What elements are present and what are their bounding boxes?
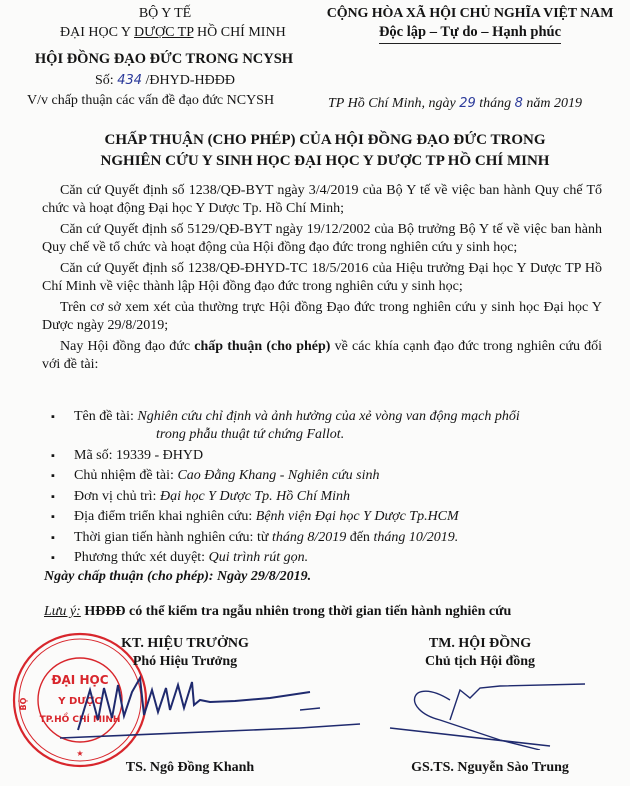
duration-label: Thời gian tiến hành nghiên cứu: từ	[74, 530, 272, 545]
basis-paragraph: Căn cứ Quyết định số 5129/QĐ-BYT ngày 19…	[42, 221, 602, 257]
signer-role: Phó Hiệu Trưởng	[70, 653, 300, 671]
approval-date: Ngày chấp thuận (cho phép): Ngày 29/8/20…	[44, 569, 311, 585]
place-date: TP Hồ Chí Minh, ngày 29 tháng 8 năm 2019	[328, 96, 582, 112]
note: Lưu ý: HĐĐĐ có thể kiểm tra ngẫu nhiên t…	[44, 604, 511, 620]
bullet-icon: ▪	[51, 467, 55, 485]
number-label: Số:	[95, 73, 117, 88]
list-item-site: ▪ Địa điểm triển khai nghiên cứu: Bệnh v…	[44, 508, 604, 526]
duration-from: tháng 8/2019	[272, 530, 346, 545]
document-number: Số: 434 /ĐHYD-HĐĐĐ	[60, 73, 270, 89]
site-value: Bệnh viện Đại học Y Dược Tp.HCM	[256, 509, 459, 524]
signer-title: KT. HIỆU TRƯỞNG	[70, 635, 300, 653]
national-header: CỘNG HÒA XÃ HỘI CHỦ NGHĨA VIỆT NAM Độc l…	[318, 6, 622, 44]
bullet-icon: ▪	[51, 488, 55, 506]
ministry-name: BỘ Y TẾ	[60, 4, 270, 23]
host-label: Đơn vị chủ trì:	[74, 489, 160, 504]
month-label: tháng	[476, 96, 515, 111]
investigator-value: Cao Đằng Khang - Nghiên cứu sinh	[177, 468, 379, 483]
topic-value: Nghiên cứu chỉ định và ảnh hưởng của xẻ …	[137, 409, 519, 424]
list-item-duration: ▪ Thời gian tiến hành nghiên cứu: từ thá…	[44, 529, 604, 547]
document-subject: V/v chấp thuận các vấn đề đạo đức NCYSH	[27, 93, 274, 109]
approval-statement: Nay Hội đồng đạo đức chấp thuận (cho phé…	[42, 338, 602, 374]
legal-basis: Căn cứ Quyết định số 1238/QĐ-BYT ngày 3/…	[42, 182, 602, 377]
bullet-icon: ▪	[51, 549, 55, 567]
statement-text: Nay Hội đồng đạo đức	[60, 339, 194, 354]
seal-text: BỘ	[18, 697, 28, 710]
note-text: HĐĐĐ có thể kiểm tra ngẫu nhiên trong th…	[81, 604, 512, 619]
number-suffix: /ĐHYD-HĐĐĐ	[142, 73, 235, 88]
signature-block-council: TM. HỘI ĐỒNG Chủ tịch Hội đồng	[375, 635, 585, 671]
study-code: Mã số: 19339 - ĐHYD	[74, 448, 203, 463]
note-label: Lưu ý:	[44, 604, 81, 619]
bullet-icon: ▪	[51, 529, 55, 547]
handwritten-day: 29	[459, 96, 476, 111]
list-item-host: ▪ Đơn vị chủ trì: Đại học Y Dược Tp. Hồ …	[44, 488, 604, 506]
list-item-topic: ▪ Tên đề tài: Nghiên cứu chỉ định và ảnh…	[44, 408, 604, 444]
list-item-method: ▪ Phương thức xét duyệt: Qui trình rút g…	[44, 549, 604, 567]
topic-value-continued: trong phẫu thuật tứ chứng Fallot.	[74, 426, 604, 444]
republic-name: CỘNG HÒA XÃ HỘI CHỦ NGHĨA VIỆT NAM	[318, 6, 622, 22]
basis-paragraph: Căn cứ Quyết định số 1238/QĐ-ĐHYD-TC 18/…	[42, 260, 602, 296]
method-value: Qui trình rút gọn.	[209, 550, 309, 565]
national-motto: Độc lập – Tự do – Hạnh phúc	[379, 24, 561, 44]
signature-chair-icon	[300, 680, 600, 750]
handwritten-month: 8	[515, 96, 523, 111]
document-title: CHẤP THUẬN (CHO PHÉP) CỦA HỘI ĐỒNG ĐẠO Đ…	[40, 130, 610, 172]
bullet-icon: ▪	[51, 447, 55, 465]
basis-paragraph: Căn cứ Quyết định số 1238/QĐ-BYT ngày 3/…	[42, 182, 602, 218]
svg-text:★: ★	[76, 749, 83, 758]
signer-name-chair: GS.TS. Nguyễn Sào Trung	[370, 760, 610, 776]
basis-paragraph: Trên cơ sở xem xét của thường trực Hội đ…	[42, 299, 602, 335]
university-name: ĐẠI HỌC Y DƯỢC TP HỒ CHÍ MINH	[60, 23, 270, 42]
duration-to: tháng 10/2019.	[373, 530, 458, 545]
list-item-investigator: ▪ Chủ nhiệm đề tài: Cao Đằng Khang - Ngh…	[44, 467, 604, 485]
council-name: HỘI ĐỒNG ĐẠO ĐỨC TRONG NCYSH	[14, 51, 314, 68]
site-label: Địa điểm triển khai nghiên cứu:	[74, 509, 256, 524]
title-line-1: CHẤP THUẬN (CHO PHÉP) CỦA HỘI ĐỒNG ĐẠO Đ…	[40, 130, 610, 151]
signature-rector-icon	[60, 670, 320, 740]
signer-name-rector: TS. Ngô Đồng Khanh	[70, 760, 310, 776]
study-info-list: ▪ Tên đề tài: Nghiên cứu chỉ định và ảnh…	[44, 408, 604, 570]
university-name-underlined: DƯỢC TP	[134, 25, 194, 40]
duration-separator: đến	[346, 530, 373, 545]
signature-block-rector: KT. HIỆU TRƯỞNG Phó Hiệu Trưởng	[70, 635, 300, 671]
title-line-2: NGHIÊN CỨU Y SINH HỌC ĐẠI HỌC Y DƯỢC TP …	[40, 151, 610, 172]
issuing-authority: BỘ Y TẾ ĐẠI HỌC Y DƯỢC TP HỒ CHÍ MINH	[60, 4, 270, 42]
signer-role: Chủ tịch Hội đồng	[375, 653, 585, 671]
date-prefix: TP Hồ Chí Minh, ngày	[328, 96, 459, 111]
topic-label: Tên đề tài:	[74, 409, 137, 424]
host-value: Đại học Y Dược Tp. Hồ Chí Minh	[160, 489, 350, 504]
bullet-icon: ▪	[51, 408, 55, 426]
signer-title: TM. HỘI ĐỒNG	[375, 635, 585, 653]
bullet-icon: ▪	[51, 508, 55, 526]
handwritten-number: 434	[117, 73, 142, 88]
statement-emphasis: chấp thuận (cho phép)	[194, 339, 330, 354]
list-item-code: ▪ Mã số: 19339 - ĐHYD	[44, 447, 604, 465]
investigator-label: Chủ nhiệm đề tài:	[74, 468, 177, 483]
method-label: Phương thức xét duyệt:	[74, 550, 209, 565]
university-name-part: ĐẠI HỌC Y	[60, 25, 134, 40]
year-label: năm 2019	[523, 96, 582, 111]
university-name-part: HỒ CHÍ MINH	[194, 25, 286, 40]
